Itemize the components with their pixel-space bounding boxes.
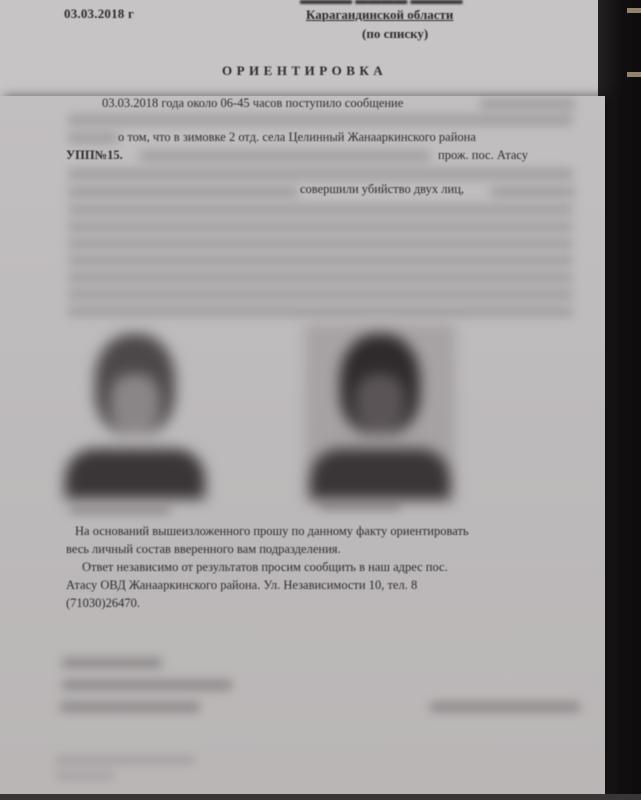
redacted-text <box>68 306 573 317</box>
photo-silhouette <box>110 374 160 434</box>
redacted-text <box>68 238 573 249</box>
body-line-2: о том, что в зимовке 2 отд. села Целинны… <box>118 130 476 145</box>
redacted-text <box>68 132 118 144</box>
redacted-signature <box>60 702 200 712</box>
header-date: 03.03.2018 г <box>64 6 134 22</box>
request-paragraph-2-line-2: Атасу ОВД Жанааркинского района. Ул. Нез… <box>66 577 417 594</box>
redacted-footer <box>55 772 115 779</box>
redacted-caption <box>320 502 400 510</box>
header-recipient-region: Карагандинской области <box>306 7 453 23</box>
redacted-footer <box>55 756 195 764</box>
body-intro-line: 03.03.2018 года около 06-45 часов поступ… <box>102 96 403 111</box>
redacted-text <box>480 98 575 110</box>
redacted-text <box>68 186 298 198</box>
redacted-signature <box>430 702 580 712</box>
body-line-3-left: УПП№15. <box>66 148 123 163</box>
redacted-text <box>68 204 573 215</box>
photo-silhouette <box>310 449 450 499</box>
document-title: ОРИЕНТИРОВКА <box>222 63 387 79</box>
blurred-photo-1 <box>60 324 210 504</box>
paper-bottom-edge <box>0 794 641 800</box>
redacted-signature <box>62 680 232 690</box>
background-glint <box>627 8 641 13</box>
redacted-signature <box>62 658 162 668</box>
request-paragraph-1-line-2: весь личный состав вверенного вам подраз… <box>66 541 341 558</box>
redacted-text <box>140 150 430 162</box>
redacted-text <box>68 221 573 232</box>
photo-silhouette <box>65 449 205 499</box>
body-line-4: совершили убийство двух лиц, <box>300 182 464 197</box>
paper-sheet: 03.03.2018 года около 06-45 часов поступ… <box>0 96 605 796</box>
request-paragraph-2-line-1: Ответ независимо от результатов просим с… <box>82 559 448 576</box>
paper-top-sheet: ▬▬▬▬ ▬▬▬▬ ▬▬▬▬ 03.03.2018 г Карагандинск… <box>0 0 598 96</box>
photo-silhouette <box>355 374 405 434</box>
redacted-text <box>68 168 573 180</box>
blurred-photo-2 <box>305 324 455 504</box>
request-paragraph-2-line-3: (71030)26470. <box>66 595 140 612</box>
redacted-text <box>490 186 575 198</box>
request-paragraph-1-line-1: На оснований вышеизложенного прошу по да… <box>75 523 469 540</box>
redacted-text <box>68 272 573 283</box>
redacted-text <box>68 255 573 266</box>
background-glint <box>627 72 641 77</box>
redacted-text <box>68 289 573 300</box>
body-line-3-right: прож. пос. Атасу <box>438 148 528 163</box>
redacted-text <box>68 114 573 126</box>
redacted-caption <box>70 506 170 514</box>
header-recipient-note: (по списку) <box>362 26 428 42</box>
